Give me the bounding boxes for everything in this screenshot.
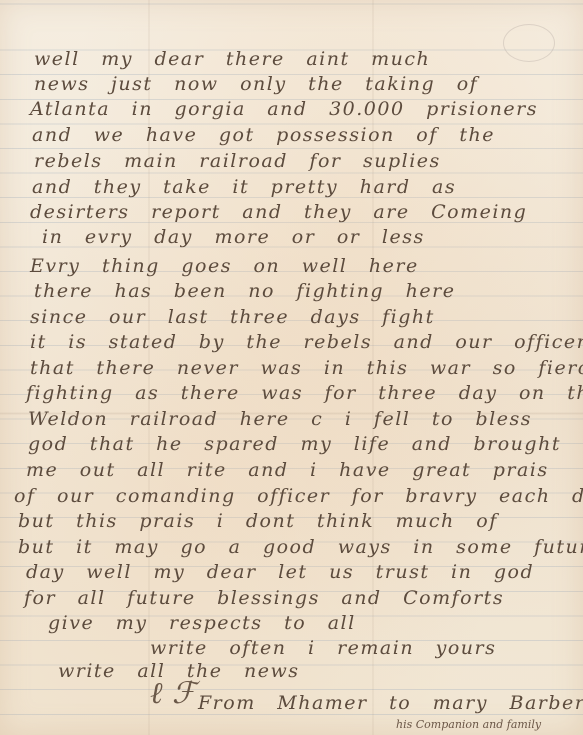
letter-line: desirters report and they are Comeing [30, 201, 527, 223]
letter-line: since our last three days fight [30, 306, 435, 328]
letter-line: rebels main railroad for suplies [34, 150, 441, 172]
letter-line: and they take it pretty hard as [32, 176, 456, 198]
letter-line: that there never was in this war so fier… [30, 357, 583, 379]
letter-line: but it may go a good ways in some future [18, 536, 583, 558]
letter-line: Weldon railroad here c i fell to bless [28, 408, 532, 430]
letter-line: give my respects to all [48, 612, 356, 634]
letter-line: me out all rite and i have great prais [26, 459, 549, 481]
letter-line: write often i remain yours [150, 637, 496, 659]
letter-line: but this prais i dont think much of [18, 510, 498, 532]
signature-flourish: ℓ ℱ [150, 676, 196, 711]
letter-line: in evry day more or or less [42, 226, 425, 248]
embossed-stamp-icon [503, 24, 555, 62]
signature-line: From Mhamer to mary Barber [198, 692, 583, 714]
letter-line: and we have got possession of the [32, 124, 495, 146]
letter-line: of our comanding officer for bravry each… [14, 485, 583, 507]
letter-line: it is stated by the rebels and our offic… [30, 331, 583, 353]
letter-line: Atlanta in gorgia and 30.000 prisioners [30, 98, 538, 120]
letter-page: well my dear there aint much news just n… [0, 0, 583, 735]
signature-subline: his Companion and family [396, 718, 541, 731]
letter-line: there has been no fighting here [34, 280, 455, 302]
letter-line: well my dear there aint much [34, 48, 430, 70]
letter-line: fighting as there was for three day on t… [26, 382, 583, 404]
letter-line: day well my dear let us trust in god [26, 561, 534, 583]
letter-line: god that he spared my life and brought [28, 433, 561, 455]
letter-line: news just now only the taking of [34, 73, 478, 95]
letter-line: for all future blessings and Comforts [24, 587, 504, 609]
letter-line: Evry thing goes on well here [30, 255, 419, 277]
